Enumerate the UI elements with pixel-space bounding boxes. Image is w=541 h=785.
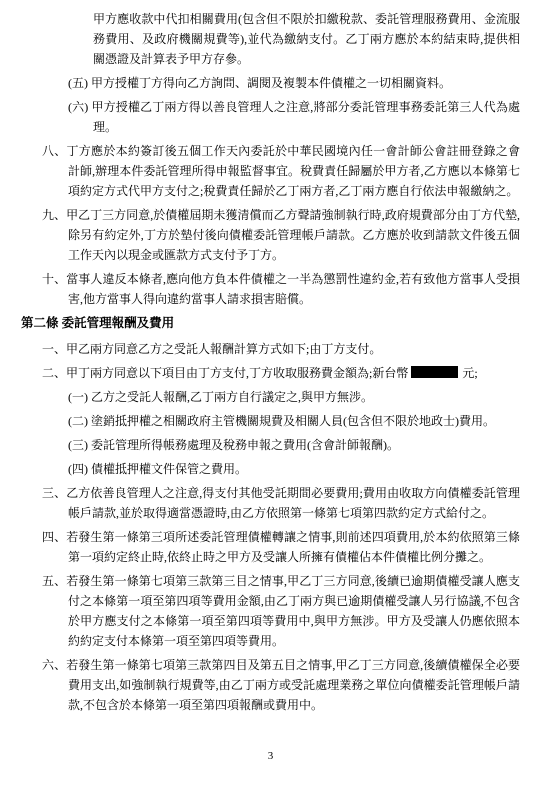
clause-text: 甲丁兩方同意以下項目由丁方支付,丁方收取服務費金額為;新台幣 — [66, 366, 408, 380]
clause-marker: 一、 — [42, 342, 66, 356]
clause-text: 甲乙兩方同意乙方之受託人報酬計算方式如下;由丁方支付。 — [66, 342, 381, 356]
clause-marker: 九、 — [42, 208, 66, 222]
clause-marker: 八、 — [42, 144, 67, 158]
clause-marker: 二、 — [42, 366, 66, 380]
contract-body: 甲方應收款中代扣相關費用(包含但不限於扣繳稅款、委託管理服務費用、金流服務費用、… — [0, 0, 541, 715]
clause-text: 塗銷抵押權之相關政府主管機關規費及相關人員(包含但不限於地政士)費用。 — [91, 414, 495, 428]
clause-marker: 十、 — [42, 272, 66, 286]
clause-text: 甲乙丁三方同意,於債權屆期未獲清償而乙方聲請強制執行時,政府規費部分由丁方代墊,… — [66, 208, 520, 262]
clause-item-10: 十、當事人違反本條者,應向他方負本件債權之一半為懲罰性違約金,若有致他方當事人受… — [68, 269, 520, 309]
clause-marker: (六) — [68, 100, 88, 114]
clause-sub-item-3: (三)委託管理所得帳務處理及稅務申報之費用(含會計師報酬)。 — [93, 435, 520, 455]
clause-item-2-with-redaction: 二、甲丁兩方同意以下項目由丁方支付,丁方收取服務費金額為;新台幣元; — [68, 363, 520, 383]
page-number: 3 — [0, 749, 541, 763]
clause-text: 若發生第一條第七項第三款第四目及第五目之情事,甲乙丁三方同意,後續債權保全必要費… — [66, 658, 520, 712]
clause-item-6b: 六、若發生第一條第七項第三款第四目及第五目之情事,甲乙丁三方同意,後續債權保全必… — [68, 655, 520, 715]
document-page: 甲方應收款中代扣相關費用(包含但不限於扣繳稅款、委託管理服務費用、金流服務費用、… — [0, 0, 541, 785]
clause-sub-item-5: (五)甲方授權丁方得向乙方詢問、調閱及複製本件債權之一切相關資料。 — [93, 73, 520, 93]
clause-text: 乙方之受託人報酬,乙丁兩方自行議定之,與甲方無涉。 — [91, 390, 373, 404]
clause-item-9: 九、甲乙丁三方同意,於債權屆期未獲清償而乙方聲請強制執行時,政府規費部分由丁方代… — [68, 205, 520, 265]
clause-text: 債權抵押權文件保管之費用。 — [91, 462, 247, 476]
clause-sub-item-6: (六)甲方授權乙丁兩方得以善良管理人之注意,將部分委託管理事務委託第三人代為處理… — [93, 97, 520, 137]
clause-marker: 三、 — [42, 486, 66, 500]
clause-item-8: 八、丁方應於本約簽訂後五個工作天內委託於中華民國境內任一會計師公會註冊登錄之會計… — [68, 141, 520, 201]
clause-text: 若發生第一條第三項所述委託管理債權轉讓之情事,則前述四項費用,於本約依照第三條第… — [66, 530, 520, 564]
clause-text: 丁方應於本約簽訂後五個工作天內委託於中華民國境內任一會計師公會註冊登錄之會計師,… — [67, 144, 520, 198]
clause-item-1: 一、甲乙兩方同意乙方之受託人報酬計算方式如下;由丁方支付。 — [68, 339, 520, 359]
clause-text: 委託管理所得帳務處理及稅務申報之費用(含會計師報酬)。 — [91, 438, 399, 452]
clause-marker: 六、 — [42, 658, 66, 672]
clause-marker: (五) — [68, 76, 88, 90]
clause-text: 元; — [462, 366, 477, 380]
section-heading: 第二條 委託管理報酬及費用 — [21, 313, 520, 333]
clause-sub-item-2: (二)塗銷抵押權之相關政府主管機關規費及相關人員(包含但不限於地政士)費用。 — [93, 411, 520, 431]
clause-sub-item-1: (一)乙方之受託人報酬,乙丁兩方自行議定之,與甲方無涉。 — [93, 387, 520, 407]
clause-marker: 五、 — [42, 574, 66, 588]
clause-text: 若發生第一條第七項第三款第三目之情事,甲乙丁三方同意,後續已逾期債權受讓人應支付… — [66, 574, 520, 648]
clause-marker: (一) — [68, 390, 88, 404]
redacted-amount — [411, 366, 458, 378]
clause-marker: (二) — [68, 414, 88, 428]
clause-sub-item-4: (四)債權抵押權文件保管之費用。 — [93, 459, 520, 479]
clause-text: 乙方依善良管理人之注意,得支付其他受託期間必要費用;費用由收取方向債權委託管理帳… — [66, 486, 520, 520]
clause-marker: 四、 — [42, 530, 66, 544]
clause-text: 甲方授權乙丁兩方得以善良管理人之注意,將部分委託管理事務委託第三人代為處理。 — [91, 100, 520, 134]
clause-continuation: 甲方應收款中代扣相關費用(包含但不限於扣繳稅款、委託管理服務費用、金流服務費用、… — [93, 9, 520, 69]
clause-text: 當事人違反本條者,應向他方負本件債權之一半為懲罰性違約金,若有致他方當事人受損害… — [66, 272, 520, 306]
clause-text: 甲方授權丁方得向乙方詢問、調閱及複製本件債權之一切相關資料。 — [91, 76, 451, 90]
clause-item-5b: 五、若發生第一條第七項第三款第三目之情事,甲乙丁三方同意,後續已逾期債權受讓人應… — [68, 571, 520, 651]
clause-marker: (三) — [68, 438, 88, 452]
clause-marker: (四) — [68, 462, 88, 476]
clause-item-3: 三、乙方依善良管理人之注意,得支付其他受託期間必要費用;費用由收取方向債權委託管… — [68, 483, 520, 523]
clause-item-4: 四、若發生第一條第三項所述委託管理債權轉讓之情事,則前述四項費用,於本約依照第三… — [68, 527, 520, 567]
